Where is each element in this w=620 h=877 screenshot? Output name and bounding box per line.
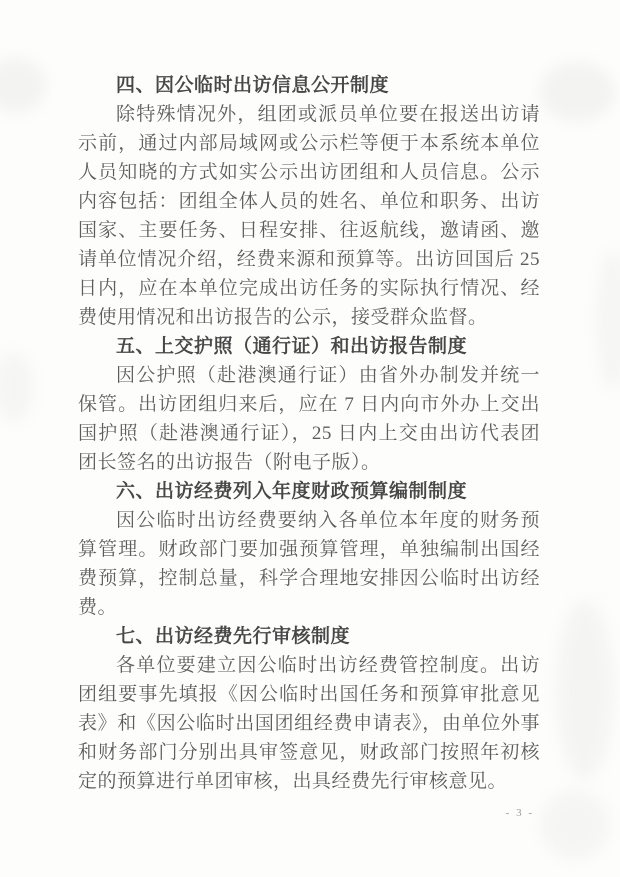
document-page: 四、因公临时出访信息公开制度 除特殊情况外，组团或派员单位要在报送出访请示前，通…	[0, 0, 620, 877]
document-section: 七、出访经费先行审核制度 各单位要建立因公临时出访经费管控制度。出访团组要事先填…	[78, 622, 540, 796]
section-heading: 七、出访经费先行审核制度	[78, 622, 540, 651]
scan-artifact	[0, 58, 46, 113]
document-section: 五、上交护照（通行证）和出访报告制度 因公护照（赴港澳通行证）由省外办制发并统一…	[78, 332, 540, 477]
section-heading: 六、出访经费列入年度财政预算编制制度	[78, 477, 540, 506]
document-section: 四、因公临时出访信息公开制度 除特殊情况外，组团或派员单位要在报送出访请示前，通…	[78, 71, 540, 332]
document-body: 四、因公临时出访信息公开制度 除特殊情况外，组团或派员单位要在报送出访请示前，通…	[78, 71, 540, 796]
section-paragraph: 因公临时出访经费要纳入各单位本年度的财务预算管理。财政部门要加强预算管理，单独编…	[78, 506, 540, 622]
scan-artifact	[596, 250, 620, 390]
scan-artifact	[540, 790, 610, 860]
section-heading: 四、因公临时出访信息公开制度	[78, 71, 540, 100]
scan-artifact	[0, 352, 34, 422]
section-paragraph: 各单位要建立因公临时出访经费管控制度。出访团组要事先填报《因公临时出国任务和预算…	[78, 651, 540, 796]
document-section: 六、出访经费列入年度财政预算编制制度 因公临时出访经费要纳入各单位本年度的财务预…	[78, 477, 540, 622]
scan-artifact	[556, 600, 614, 780]
scan-artifact	[540, 62, 615, 122]
section-heading: 五、上交护照（通行证）和出访报告制度	[78, 332, 540, 361]
section-paragraph: 除特殊情况外，组团或派员单位要在报送出访请示前，通过内部局域网或公示栏等便于本系…	[78, 100, 540, 332]
section-paragraph: 因公护照（赴港澳通行证）由省外办制发并统一保管。出访团组归来后，应在 7 日内向…	[78, 361, 540, 477]
page-number: - 3 -	[506, 806, 534, 820]
